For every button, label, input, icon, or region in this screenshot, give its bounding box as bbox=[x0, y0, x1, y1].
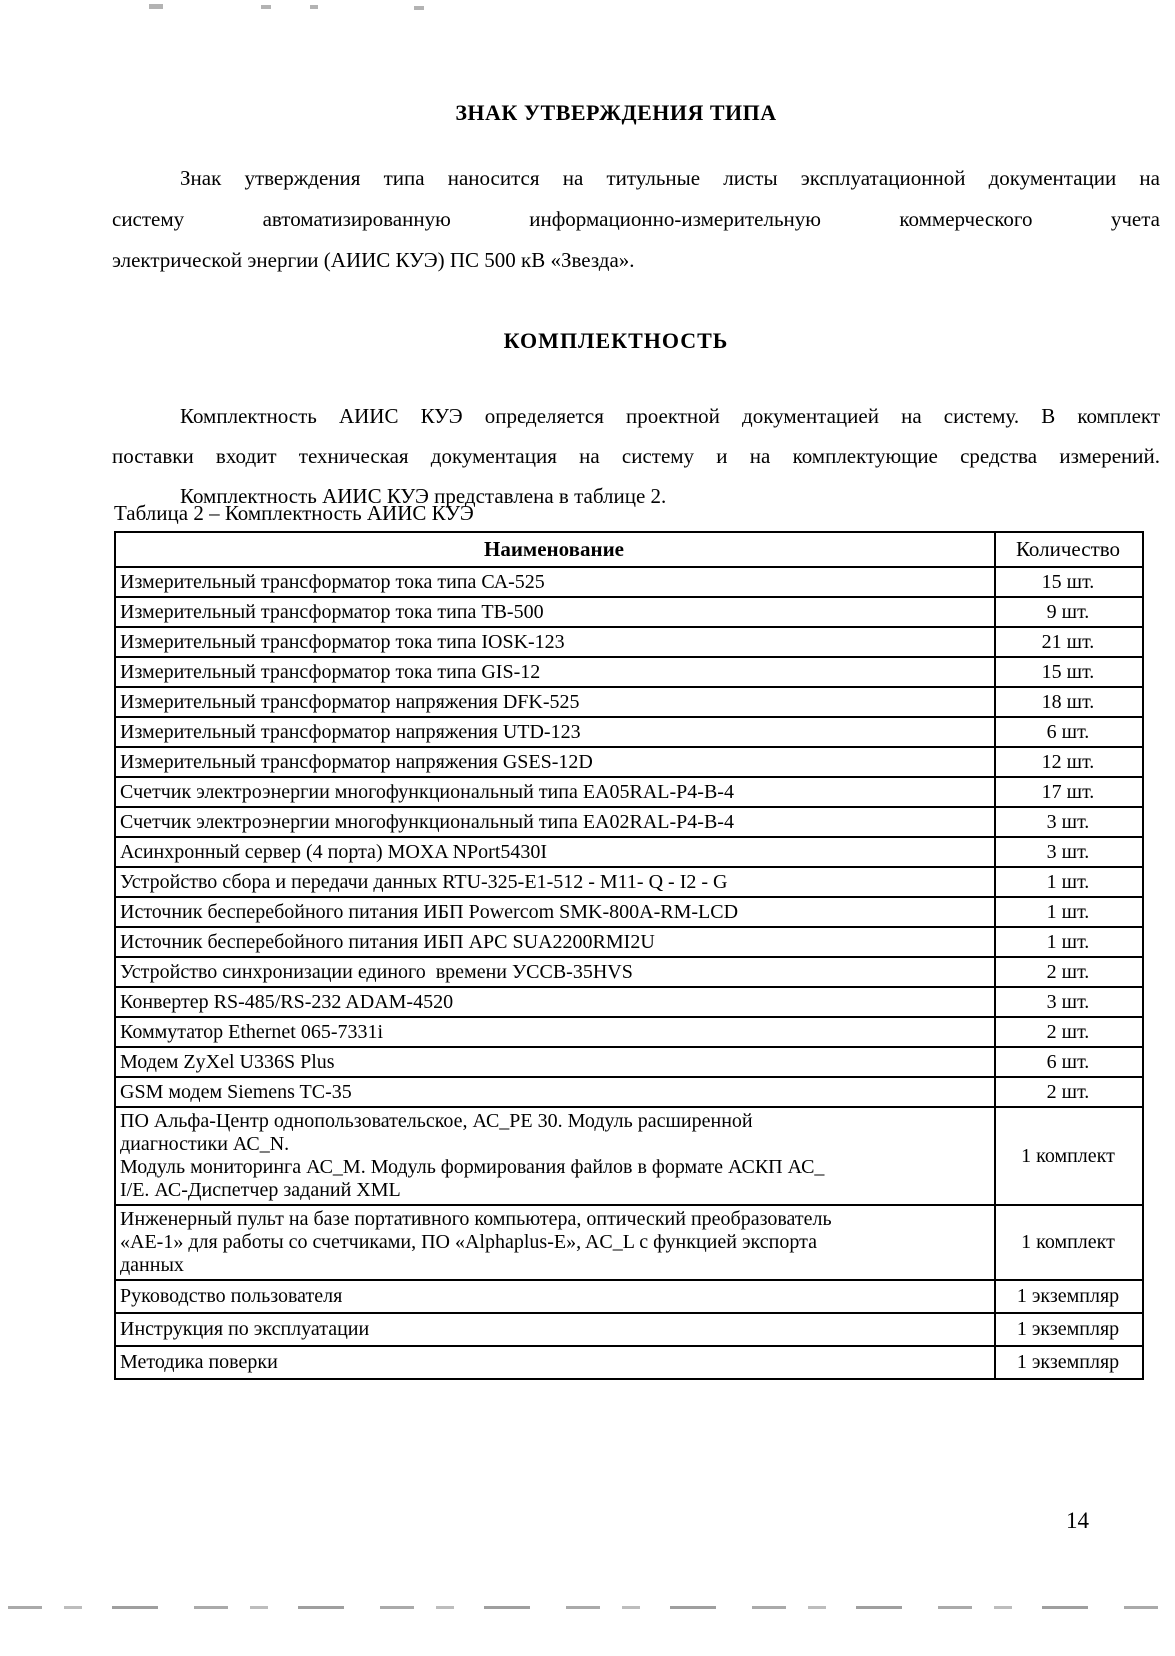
item-qty-cell: 1 экземпляр bbox=[995, 1346, 1143, 1379]
section-heading-completeness: КОМПЛЕКТНОСТЬ bbox=[114, 328, 1118, 354]
item-name-cell: Измерительный трансформатор напряжения G… bbox=[115, 747, 995, 777]
scan-artifact bbox=[310, 5, 318, 9]
table-row: Коммутатор Ethernet 065-7331i2 шт. bbox=[115, 1017, 1143, 1047]
table-caption: Таблица 2 – Комплектность АИИС КУЭ bbox=[114, 501, 474, 526]
page-number: 14 bbox=[1066, 1508, 1089, 1534]
item-qty-cell: 15 шт. bbox=[995, 567, 1143, 597]
item-name-cell: Измерительный трансформатор тока типа ТВ… bbox=[115, 597, 995, 627]
item-name-cell: Устройство синхронизации единого времени… bbox=[115, 957, 995, 987]
scan-artifact-line bbox=[8, 1606, 1168, 1609]
item-name-cell: Измерительный трансформатор напряжения U… bbox=[115, 717, 995, 747]
item-name-cell: Измерительный трансформатор тока типа СА… bbox=[115, 567, 995, 597]
paragraph-line: Знак утверждения типа наносится на титул… bbox=[112, 158, 1160, 199]
table-row: Устройство синхронизации единого времени… bbox=[115, 957, 1143, 987]
item-name-cell: Коммутатор Ethernet 065-7331i bbox=[115, 1017, 995, 1047]
item-qty-cell: 3 шт. bbox=[995, 807, 1143, 837]
column-header-name: Наименование bbox=[115, 532, 995, 567]
paragraph-type-approval: Знак утверждения типа наносится на титул… bbox=[112, 158, 1160, 281]
table-row: Руководство пользователя1 экземпляр bbox=[115, 1280, 1143, 1313]
table-row: Измерительный трансформатор тока типа ТВ… bbox=[115, 597, 1143, 627]
table-row: Устройство сбора и передачи данных RTU-3… bbox=[115, 867, 1143, 897]
item-name-cell: Устройство сбора и передачи данных RTU-3… bbox=[115, 867, 995, 897]
item-qty-cell: 1 комплект bbox=[995, 1107, 1143, 1205]
item-qty-cell: 1 комплект bbox=[995, 1205, 1143, 1280]
paragraph-completeness: Комплектность АИИС КУЭ определяется прое… bbox=[112, 396, 1160, 516]
table-header-row: Наименование Количество bbox=[115, 532, 1143, 567]
table-row: GSM модем Siemens TC-352 шт. bbox=[115, 1077, 1143, 1107]
item-name-cell: Измерительный трансформатор напряжения D… bbox=[115, 687, 995, 717]
table-row: Измерительный трансформатор напряжения U… bbox=[115, 717, 1143, 747]
paragraph-line: электрической энергии (АИИС КУЭ) ПС 500 … bbox=[112, 240, 1160, 281]
item-name-cell: Счетчик электроэнергии многофункциональн… bbox=[115, 807, 995, 837]
item-qty-cell: 2 шт. bbox=[995, 1077, 1143, 1107]
column-header-qty: Количество bbox=[995, 532, 1143, 567]
item-name-cell: Руководство пользователя bbox=[115, 1280, 995, 1313]
table-row: Конвертер RS-485/RS-232 ADAM-45203 шт. bbox=[115, 987, 1143, 1017]
table-row: ПО Альфа-Центр однопользовательское, АС_… bbox=[115, 1107, 1143, 1205]
paragraph-line: систему автоматизированную информационно… bbox=[112, 199, 1160, 240]
item-qty-cell: 17 шт. bbox=[995, 777, 1143, 807]
components-table: Наименование Количество Измерительный тр… bbox=[114, 531, 1144, 1380]
table-row: Источник бесперебойного питания ИБП APC … bbox=[115, 927, 1143, 957]
item-name-cell: Модем ZyXel U336S Plus bbox=[115, 1047, 995, 1077]
item-name-cell: Асинхронный сервер (4 порта) MOXA NPort5… bbox=[115, 837, 995, 867]
table-row: Асинхронный сервер (4 порта) MOXA NPort5… bbox=[115, 837, 1143, 867]
table-row: Измерительный трансформатор напряжения D… bbox=[115, 687, 1143, 717]
item-name-cell: Счетчик электроэнергии многофункциональн… bbox=[115, 777, 995, 807]
table-row: Инструкция по эксплуатации1 экземпляр bbox=[115, 1313, 1143, 1346]
item-name-cell: ПО Альфа-Центр однопользовательское, АС_… bbox=[115, 1107, 995, 1205]
item-name-cell: Конвертер RS-485/RS-232 ADAM-4520 bbox=[115, 987, 995, 1017]
item-qty-cell: 1 экземпляр bbox=[995, 1313, 1143, 1346]
item-name-cell: Измерительный трансформатор тока типа GI… bbox=[115, 657, 995, 687]
item-qty-cell: 18 шт. bbox=[995, 687, 1143, 717]
item-qty-cell: 2 шт. bbox=[995, 1017, 1143, 1047]
table-row: Методика поверки1 экземпляр bbox=[115, 1346, 1143, 1379]
item-qty-cell: 2 шт. bbox=[995, 957, 1143, 987]
paragraph-line: Комплектность АИИС КУЭ определяется прое… bbox=[112, 396, 1160, 436]
item-name-cell: Методика поверки bbox=[115, 1346, 995, 1379]
document-page: ЗНАК УТВЕРЖДЕНИЯ ТИПА Знак утверждения т… bbox=[0, 0, 1175, 1656]
item-qty-cell: 6 шт. bbox=[995, 1047, 1143, 1077]
item-name-cell: Инструкция по эксплуатации bbox=[115, 1313, 995, 1346]
table-row: Счетчик электроэнергии многофункциональн… bbox=[115, 807, 1143, 837]
section-heading-type-approval: ЗНАК УТВЕРЖДЕНИЯ ТИПА bbox=[114, 100, 1118, 126]
item-qty-cell: 1 шт. bbox=[995, 927, 1143, 957]
item-qty-cell: 3 шт. bbox=[995, 987, 1143, 1017]
item-qty-cell: 21 шт. bbox=[995, 627, 1143, 657]
item-qty-cell: 9 шт. bbox=[995, 597, 1143, 627]
item-qty-cell: 3 шт. bbox=[995, 837, 1143, 867]
item-qty-cell: 1 экземпляр bbox=[995, 1280, 1143, 1313]
table-row: Модем ZyXel U336S Plus6 шт. bbox=[115, 1047, 1143, 1077]
item-name-cell: Источник бесперебойного питания ИБП Powe… bbox=[115, 897, 995, 927]
scan-artifact bbox=[149, 4, 163, 9]
table-row: Счетчик электроэнергии многофункциональн… bbox=[115, 777, 1143, 807]
paragraph-line: поставки входит техническая документация… bbox=[112, 436, 1160, 476]
table-row: Источник бесперебойного питания ИБП Powe… bbox=[115, 897, 1143, 927]
table-row: Измерительный трансформатор тока типа СА… bbox=[115, 567, 1143, 597]
table-row: Инженерный пульт на базе портативного ко… bbox=[115, 1205, 1143, 1280]
item-qty-cell: 6 шт. bbox=[995, 717, 1143, 747]
item-name-cell: Инженерный пульт на базе портативного ко… bbox=[115, 1205, 995, 1280]
item-qty-cell: 1 шт. bbox=[995, 897, 1143, 927]
item-qty-cell: 15 шт. bbox=[995, 657, 1143, 687]
scan-artifact bbox=[261, 5, 271, 9]
table-row: Измерительный трансформатор тока типа GI… bbox=[115, 657, 1143, 687]
item-qty-cell: 1 шт. bbox=[995, 867, 1143, 897]
item-name-cell: Источник бесперебойного питания ИБП APC … bbox=[115, 927, 995, 957]
item-name-cell: Измерительный трансформатор тока типа IO… bbox=[115, 627, 995, 657]
item-qty-cell: 12 шт. bbox=[995, 747, 1143, 777]
table-row: Измерительный трансформатор напряжения G… bbox=[115, 747, 1143, 777]
table-row: Измерительный трансформатор тока типа IO… bbox=[115, 627, 1143, 657]
scan-artifact bbox=[414, 6, 424, 10]
item-name-cell: GSM модем Siemens TC-35 bbox=[115, 1077, 995, 1107]
